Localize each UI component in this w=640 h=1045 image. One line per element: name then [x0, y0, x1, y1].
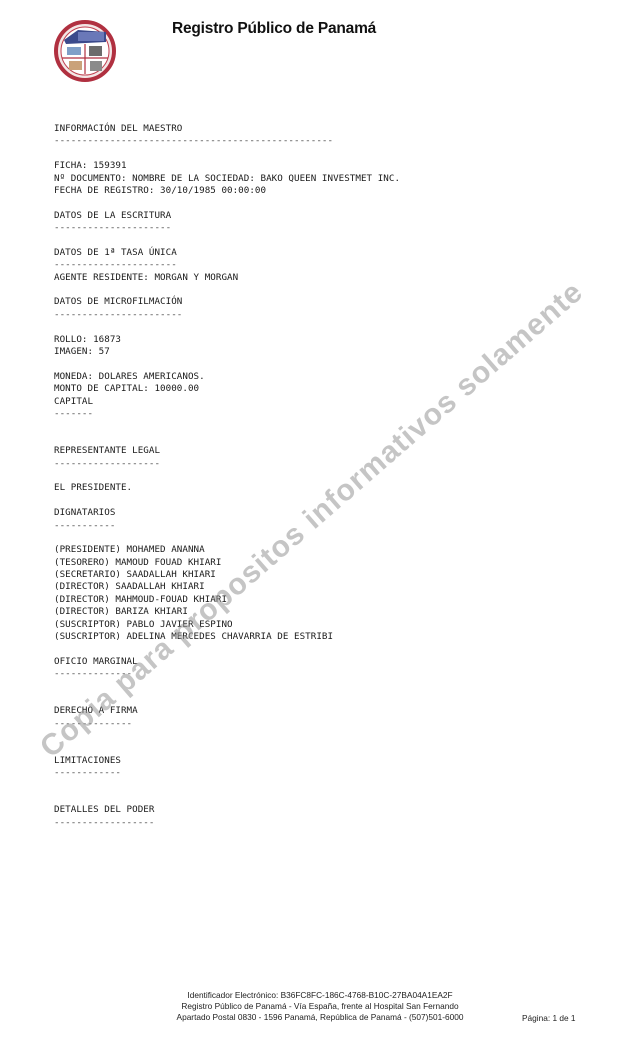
section-separator: -----------	[54, 520, 400, 532]
section-title: INFORMACIÓN DEL MAESTRO	[54, 123, 400, 135]
section-separator: ---------------------	[54, 222, 400, 234]
section-separator: ------------	[54, 767, 400, 779]
section-title: LIMITACIONES	[54, 755, 400, 767]
section-separator: -----------------------	[54, 309, 400, 321]
section-title: REPRESENTANTE LEGAL	[54, 445, 400, 457]
field-line: (TESORERO) MAMOUD FOUAD KHIARI	[54, 557, 400, 569]
section-separator: --------------	[54, 668, 400, 680]
page-title: Registro Público de Panamá	[172, 20, 376, 38]
field-line: (SUSCRIPTOR) ADELINA MERCEDES CHAVARRIA …	[54, 631, 400, 643]
field-line: Nº DOCUMENTO: NOMBRE DE LA SOCIEDAD: BAK…	[54, 173, 400, 185]
section-separator: -------	[54, 408, 400, 420]
field-line: IMAGEN: 57	[54, 346, 400, 358]
registry-address: Registro Público de Panamá - Vía España,…	[0, 1001, 640, 1012]
section-title: DATOS DE MICROFILMACIÓN	[54, 296, 400, 308]
field-line	[54, 358, 400, 370]
field-line: (DIRECTOR) MAHMOUD-FOUAD KHIARI	[54, 594, 400, 606]
section-separator: ----------------------------------------…	[54, 135, 400, 147]
field-line: MONTO DE CAPITAL: 10000.00	[54, 383, 400, 395]
document-body: INFORMACIÓN DEL MAESTRO-----------------…	[54, 123, 400, 829]
field-line: (DIRECTOR) SAADALLAH KHIARI	[54, 581, 400, 593]
field-line: AGENTE RESIDENTE: MORGAN Y MORGAN	[54, 272, 400, 284]
field-line: (SUSCRIPTOR) PABLO JAVIER ESPINO	[54, 619, 400, 631]
section-separator: ------------------	[54, 817, 400, 829]
section-title: CAPITAL	[54, 396, 400, 408]
field-line: EL PRESIDENTE.	[54, 482, 400, 494]
section-separator: --------------	[54, 718, 400, 730]
field-line: MONEDA: DOLARES AMERICANOS.	[54, 371, 400, 383]
section-title: DERECHO A FIRMA	[54, 705, 400, 717]
section-separator: ----------------------	[54, 259, 400, 271]
section-title: DATOS DE LA ESCRITURA	[54, 210, 400, 222]
field-line: FECHA DE REGISTRO: 30/10/1985 00:00:00	[54, 185, 400, 197]
registro-publico-logo	[54, 18, 116, 82]
section-title: DATOS DE 1ª TASA ÚNICA	[54, 247, 400, 259]
field-line: ROLLO: 16873	[54, 334, 400, 346]
field-line: FICHA: 159391	[54, 160, 400, 172]
field-line: (DIRECTOR) BARIZA KHIARI	[54, 606, 400, 618]
section-separator: -------------------	[54, 458, 400, 470]
field-line: (PRESIDENTE) MOHAMED ANANNA	[54, 544, 400, 556]
section-title: DIGNATARIOS	[54, 507, 400, 519]
page-number: Página: 1 de 1	[522, 1013, 576, 1023]
section-title: DETALLES DEL PODER	[54, 804, 400, 816]
field-line: (SECRETARIO) SAADALLAH KHIARI	[54, 569, 400, 581]
section-title: OFICIO MARGINAL	[54, 656, 400, 668]
electronic-identifier: Identificador Electrónico: B36FC8FC-186C…	[0, 990, 640, 1001]
